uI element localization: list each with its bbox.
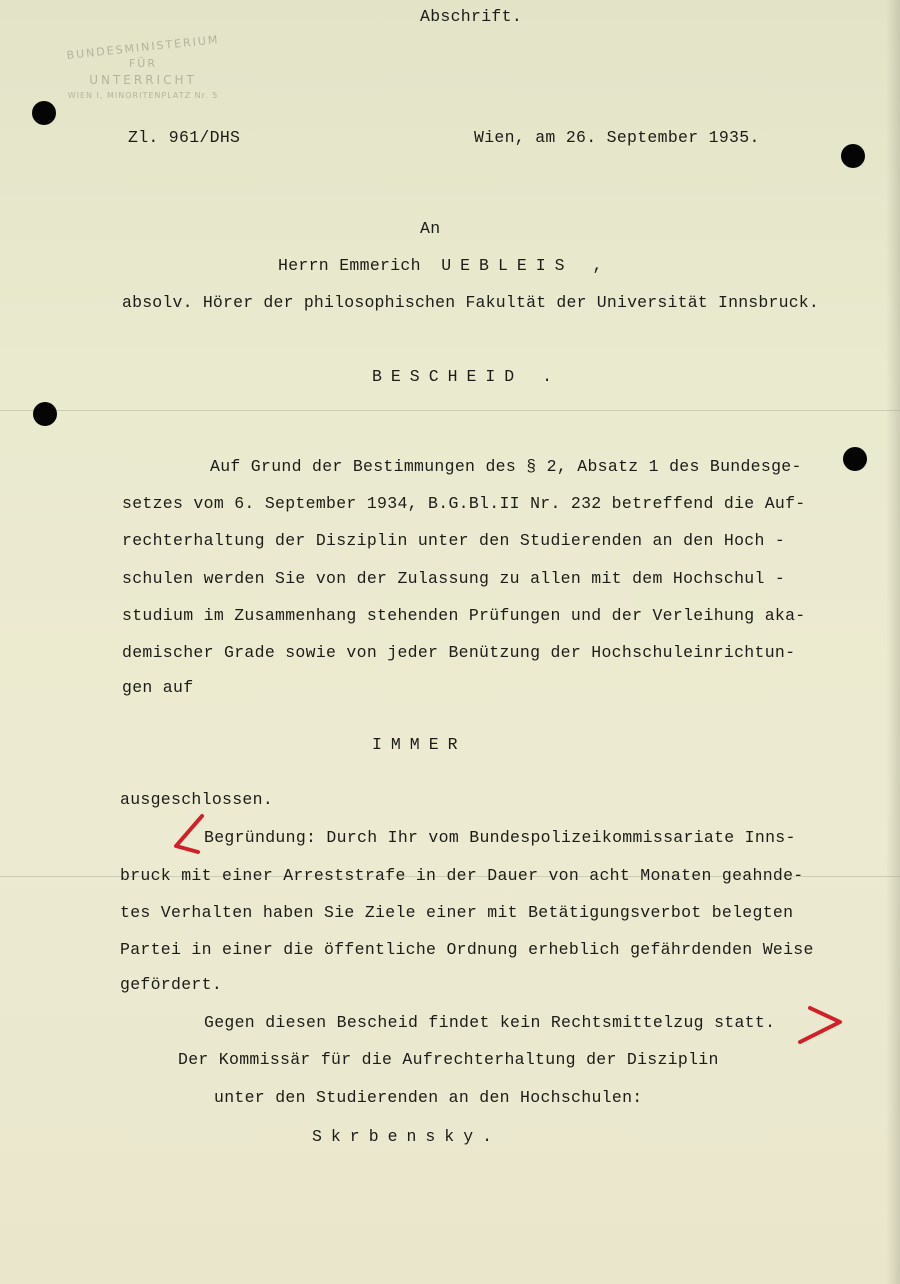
- reasoning-line: tes Verhalten haben Sie Ziele einer mit …: [120, 903, 793, 922]
- reasoning-line: gefördert.: [120, 975, 222, 994]
- stamp-line: WIEN I, MINORITENPLATZ Nr. 5: [48, 88, 238, 104]
- stamp-line: UNTERRICHT: [48, 72, 238, 88]
- fold-line: [0, 410, 900, 411]
- recipient-description: absolv. Hörer der philosophischen Fakult…: [122, 293, 819, 312]
- body-line: rechterhaltung der Disziplin unter den S…: [122, 531, 785, 550]
- reasoning-line: Partei in einer die öffentliche Ordnung …: [120, 940, 814, 959]
- signer-name: Skrbensky.: [312, 1127, 501, 1146]
- body-line: demischer Grade sowie von jeder Benützun…: [122, 643, 795, 662]
- ministry-stamp: BUNDESMINISTERIUM FÜR UNTERRICHT WIEN I,…: [48, 40, 238, 120]
- appeal-notice: Gegen diesen Bescheid findet kein Rechts…: [204, 1013, 775, 1032]
- punch-hole: [843, 447, 867, 471]
- reasoning-line: Begründung: Durch Ihr vom Bundespolizeik…: [204, 828, 796, 847]
- reference-number: Zl. 961/DHS: [128, 128, 240, 147]
- place-date: Wien, am 26. September 1935.: [474, 128, 760, 147]
- recipient-name: Herrn Emmerich UEBLEIS ,: [278, 256, 611, 275]
- page-edge-shadow: [886, 0, 900, 1284]
- body-line: setzes vom 6. September 1934, B.G.Bl.II …: [122, 494, 806, 513]
- body-line: Auf Grund der Bestimmungen des § 2, Absa…: [210, 457, 802, 476]
- recipient-surname: UEBLEIS ,: [441, 256, 611, 275]
- emphasis-word: IMMER: [372, 735, 467, 754]
- red-bracket-mark-right: [794, 1004, 846, 1046]
- conclusion: ausgeschlossen.: [120, 790, 273, 809]
- document-title: BESCHEID .: [372, 367, 561, 386]
- copy-header: Abschrift.: [420, 7, 522, 26]
- salutation: An: [420, 219, 440, 238]
- document-page: BUNDESMINISTERIUM FÜR UNTERRICHT WIEN I,…: [0, 0, 900, 1284]
- recipient-first-name: Herrn Emmerich: [278, 256, 421, 275]
- signature-title-line: Der Kommissär für die Aufrechterhaltung …: [178, 1050, 719, 1069]
- body-line: studium im Zusammenhang stehenden Prüfun…: [122, 606, 806, 625]
- reasoning-line: bruck mit einer Arreststrafe in der Daue…: [120, 866, 804, 885]
- punch-hole: [841, 144, 865, 168]
- signature-title-line: unter den Studierenden an den Hochschule…: [214, 1088, 642, 1107]
- body-line: schulen werden Sie von der Zulassung zu …: [122, 569, 785, 588]
- body-line: gen auf: [122, 678, 193, 697]
- punch-hole: [33, 402, 57, 426]
